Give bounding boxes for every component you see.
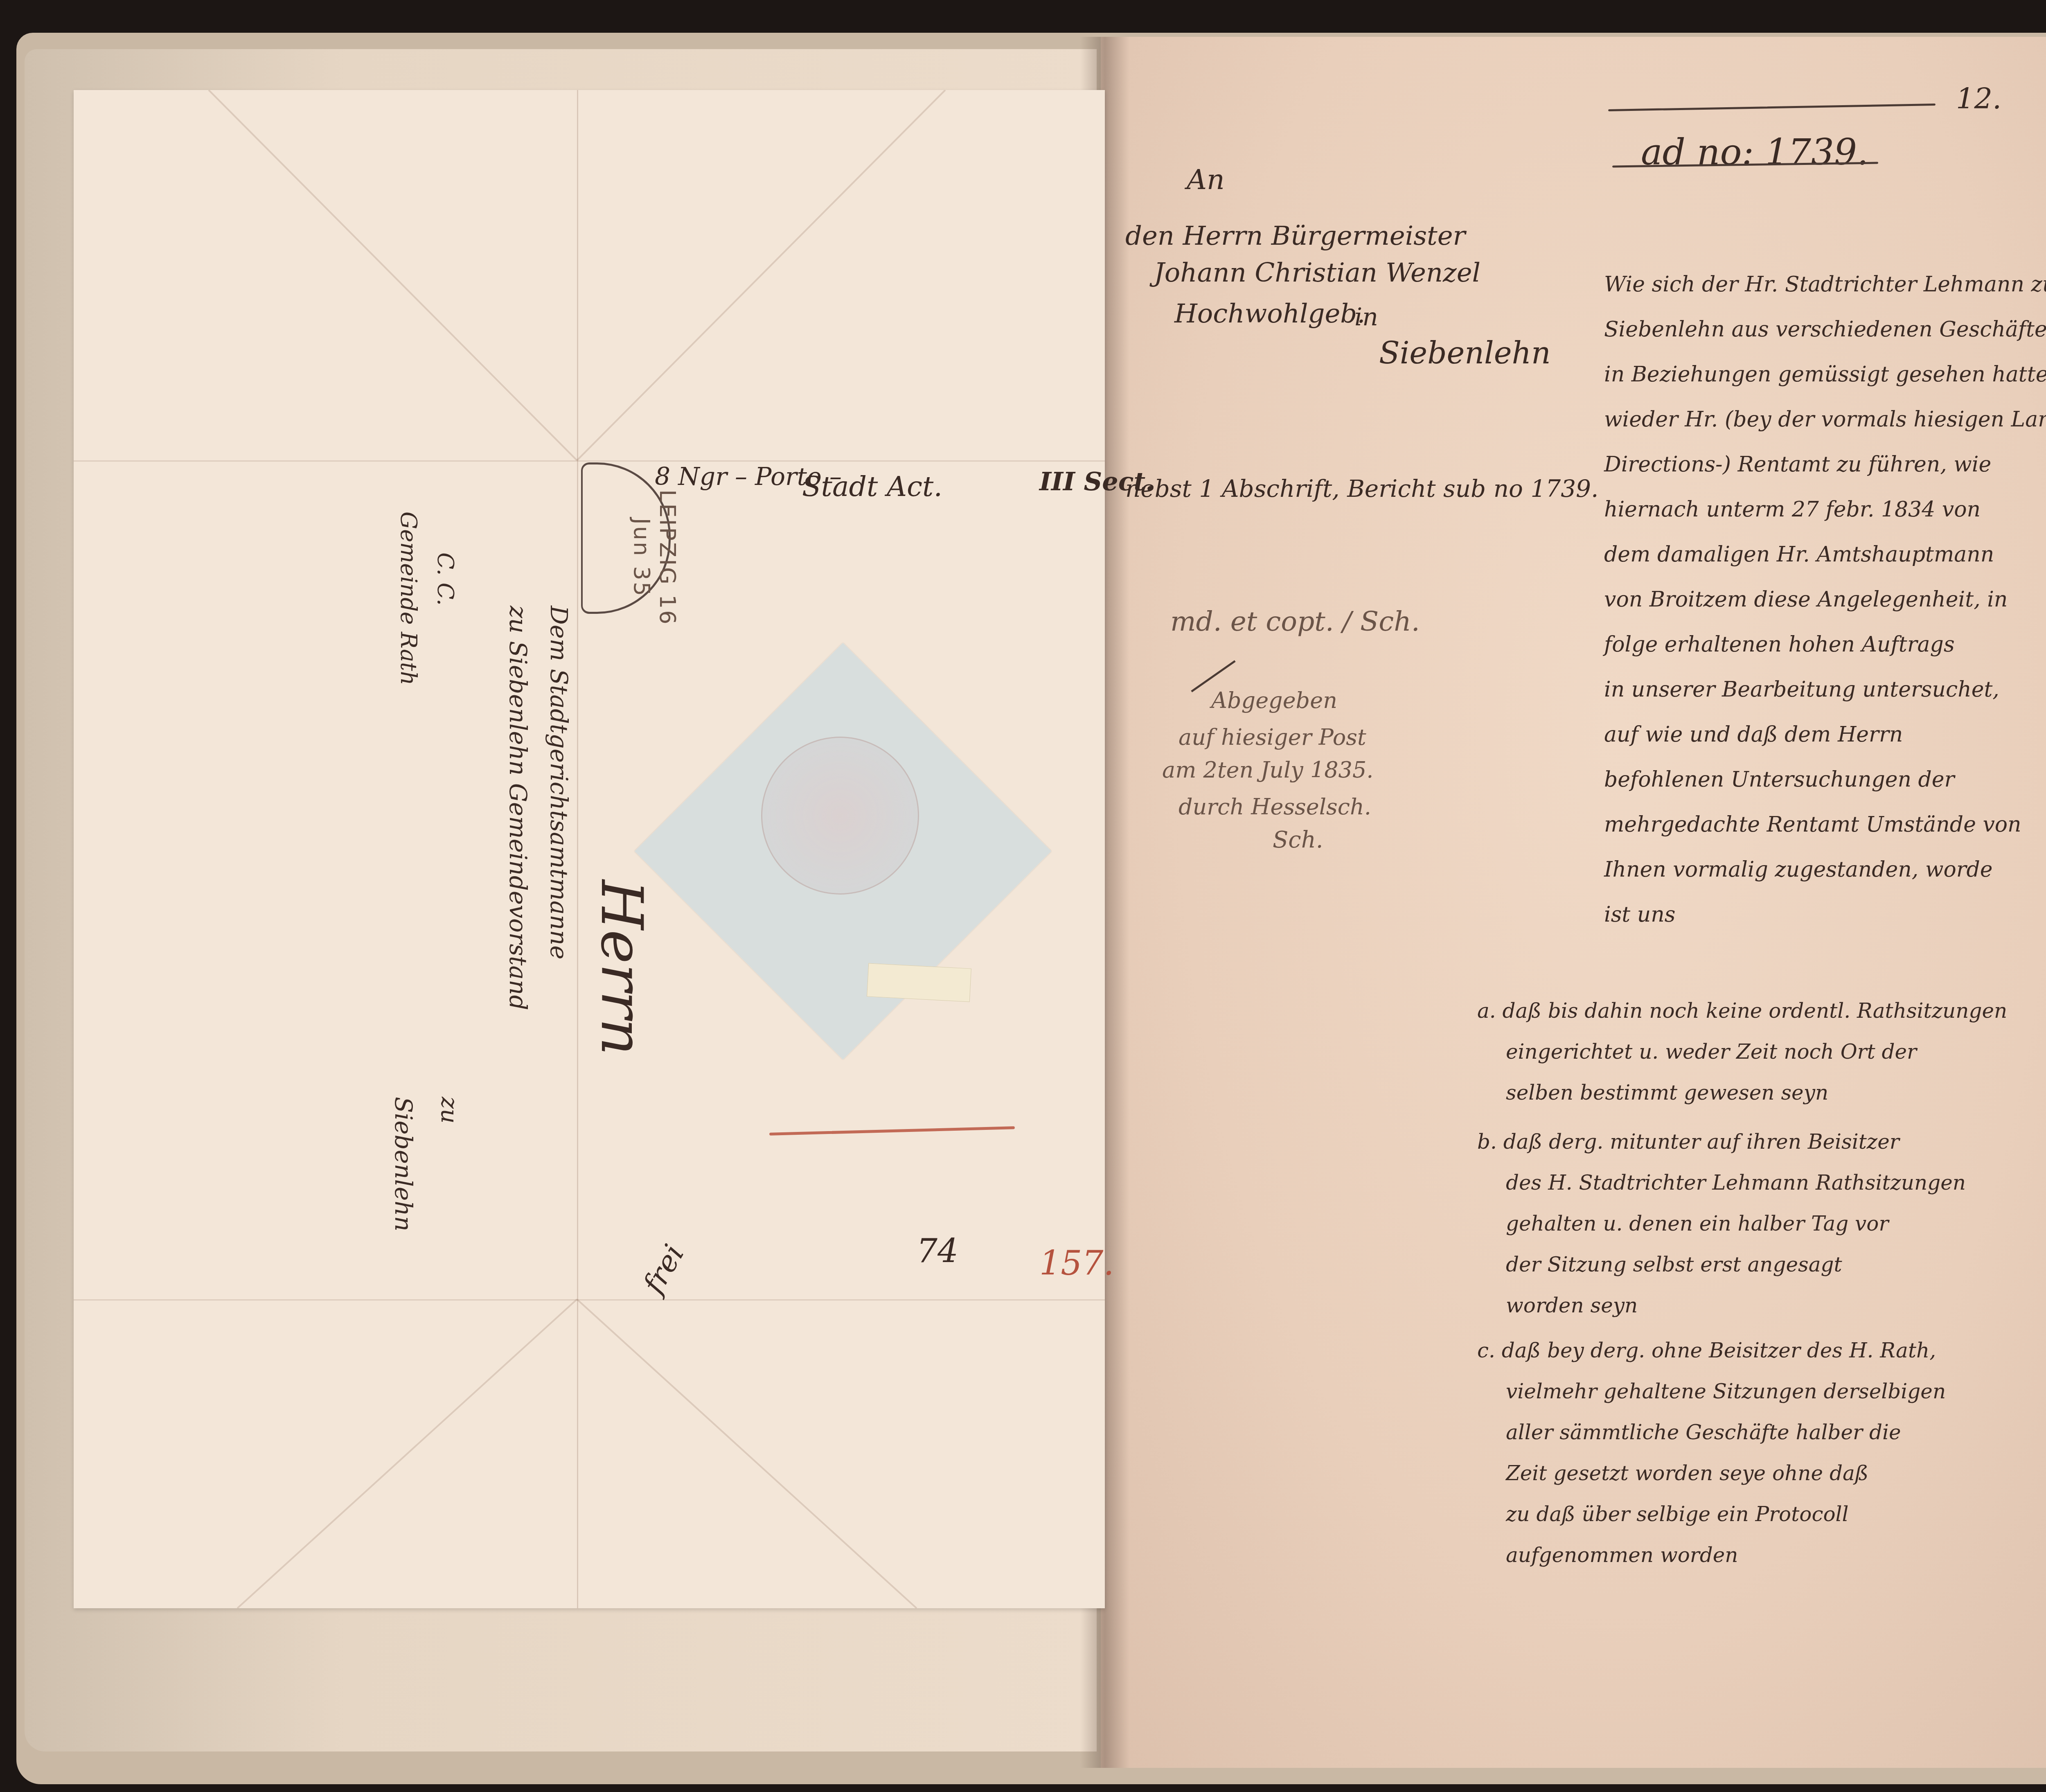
reference-number: ad no: 1739. xyxy=(1641,131,1868,173)
destination: Siebenlehn xyxy=(390,1097,417,1231)
destination-prefix: zu xyxy=(436,1097,462,1124)
body-line: Siebenlehn aus verschiedenen Geschäften xyxy=(1604,307,2046,352)
item-marker: c. xyxy=(1477,1339,1495,1362)
paper-strip xyxy=(867,963,971,1002)
item-line: gehalten u. denen ein halber Tag vor xyxy=(1506,1212,1888,1235)
item-line: eingerichtet u. weder Zeit noch Ort der xyxy=(1506,1040,1917,1064)
address-line-2: den Herrn Bürgermeister xyxy=(1125,221,1465,251)
body-line: Wie sich der Hr. Stadtrichter Lehmann zu xyxy=(1604,262,2046,307)
dispatch-signature: Sch. xyxy=(1273,827,1323,853)
sender-line: Gemeinde Rath xyxy=(396,512,421,685)
dispatch-line-3: am 2ten July 1835. xyxy=(1162,757,1373,783)
address-line-2: zu Siebenlehn Gemeindevorstand xyxy=(504,606,532,1010)
body-line: Ihnen vormalig zugestanden, worde xyxy=(1604,847,2046,892)
body-line: dem damaligen Hr. Amtshauptmann xyxy=(1604,532,2046,577)
wax-seal-icon xyxy=(761,737,919,895)
body-text: Wie sich der Hr. Stadtrichter Lehmann zu… xyxy=(1604,262,2046,937)
item-marker: a. xyxy=(1477,999,1496,1023)
registry-note: md. et copt. / Sch. xyxy=(1170,606,1420,637)
red-folio-number: 157. xyxy=(1039,1244,1114,1283)
address-line-3: Johann Christian Wenzel xyxy=(1154,258,1480,288)
folio-number-left: 74 xyxy=(917,1232,958,1270)
body-line: befohlenen Untersuchungen der xyxy=(1604,757,2046,802)
item-line: zu daß über selbige ein Protocoll xyxy=(1506,1502,1848,1526)
body-line: mehrgedachte Rentamt Umstände von xyxy=(1604,802,2046,847)
item-line: aller sämmtliche Geschäfte halber die xyxy=(1506,1420,1901,1444)
item-line: selben bestimmt gewesen seyn xyxy=(1506,1081,1828,1105)
item-line: der Sitzung selbst erst angesagt xyxy=(1506,1253,1842,1276)
item-a: a. daß bis dahin noch keine ordentl. Rat… xyxy=(1477,990,2007,1113)
body-line: ist uns xyxy=(1604,892,2046,937)
address-town: Siebenlehn xyxy=(1379,336,1551,371)
body-line: von Broitzem diese Angelegenheit, in xyxy=(1604,577,2046,622)
item-b: b. daß derg. mitunter auf ihren Beisitze… xyxy=(1477,1121,1966,1326)
office-note: Stadt Act. xyxy=(802,471,942,503)
item-c: c. daß bey derg. ohne Beisitzer des H. R… xyxy=(1477,1330,1946,1576)
body-line: wieder Hr. (bey der vormals hiesigen Lan… xyxy=(1604,397,2046,442)
body-line: in unserer Bearbeitung untersuchet, xyxy=(1604,667,2046,712)
item-marker: b. xyxy=(1477,1130,1497,1154)
address-line-1: Dem Stadtgerichtsamtmanne xyxy=(545,606,573,959)
item-line: daß bis dahin noch keine ordentl. Rathsi… xyxy=(1503,999,2008,1023)
body-line: hiernach unterm 27 febr. 1834 von xyxy=(1604,487,2046,532)
item-line: des H. Stadtrichter Lehmann Rathsitzunge… xyxy=(1506,1171,1966,1195)
dispatch-line-4: durch Hesselsch. xyxy=(1178,794,1371,820)
salutation: C. C. xyxy=(433,552,458,606)
body-line: auf wie und daß dem Herrn xyxy=(1604,712,2046,757)
address-an: An xyxy=(1187,164,1225,196)
enclosure-note: nebst 1 Abschrift, Bericht sub no 1739. xyxy=(1125,475,1598,503)
body-line: in Beziehungen gemüssigt gesehen hatte xyxy=(1604,352,2046,397)
body-line: Directions-) Rentamt zu führen, wie xyxy=(1604,442,2046,487)
dispatch-line-2: auf hiesiger Post xyxy=(1178,724,1366,750)
item-line: aufgenommen worden xyxy=(1506,1543,1738,1567)
body-line: folge erhaltenen hohen Auftrags xyxy=(1604,622,2046,667)
dispatch-line-1: Abgegeben xyxy=(1211,687,1337,713)
folio-number: 12. xyxy=(1956,82,2001,115)
item-line: daß derg. mitunter auf ihren Beisitzer xyxy=(1503,1130,1900,1154)
address-in: in xyxy=(1354,303,1378,331)
item-line: Zeit gesetzt worden seye ohne daß xyxy=(1506,1461,1868,1485)
herrn-initial: Herrn xyxy=(588,880,655,1055)
item-line: daß bey derg. ohne Beisitzer des H. Rath… xyxy=(1502,1339,1936,1362)
postmark-text: LEIPZIG 16 Jun 35 xyxy=(629,488,680,627)
item-line: vielmehr gehaltene Sitzungen derselbigen xyxy=(1506,1380,1946,1403)
item-line: worden seyn xyxy=(1506,1294,1638,1317)
address-line-4: Hochwohlgeb. xyxy=(1174,299,1366,329)
